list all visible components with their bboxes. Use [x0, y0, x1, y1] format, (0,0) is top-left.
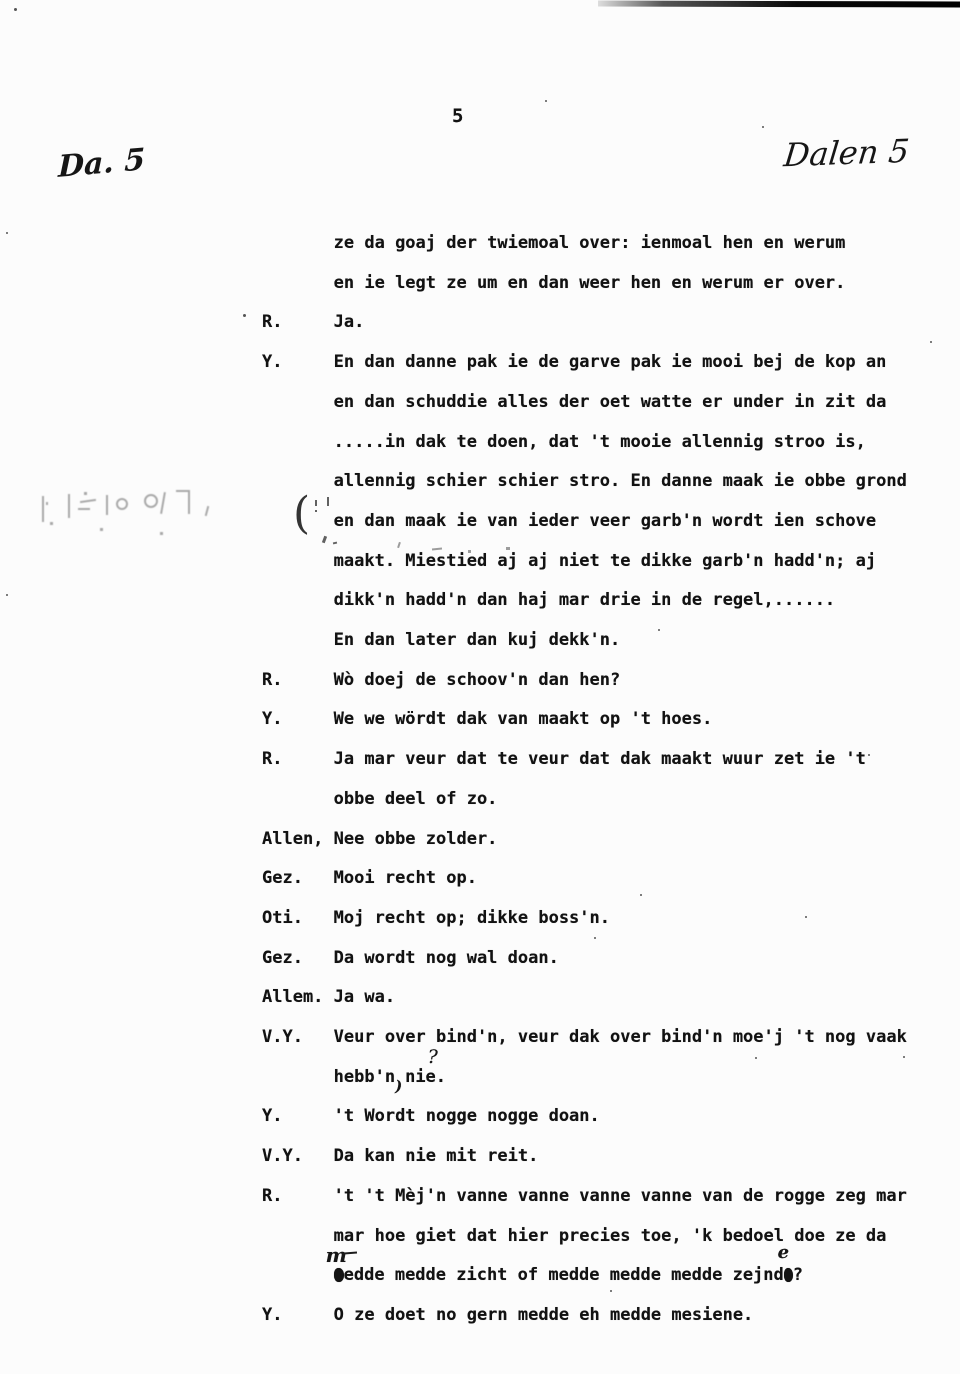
speaker-label	[262, 233, 334, 253]
speaker-label	[262, 1226, 334, 1246]
dialogue-text: Mooi recht op.	[334, 868, 477, 888]
speaker-label	[262, 590, 334, 610]
dialogue-text: Da kan nie mit reit.	[334, 1146, 539, 1166]
transcript-line: obbe deel of zo.	[262, 789, 497, 811]
transcript-line: R. Ja mar veur dat te veur dat dak maakt…	[262, 749, 866, 771]
dialogue-text: allennig schier schier stro. En danne ma…	[334, 471, 907, 491]
transcript-line: hebb'n)nie.?	[262, 1067, 446, 1089]
dialogue-text: Nee obbe zolder.	[334, 829, 498, 849]
dialogue-text: ze da goaj der twiemoal over: ienmoal he…	[334, 233, 846, 253]
speaker-label: R.	[262, 1186, 334, 1206]
transcript-line: En dan later dan kuj dekk'n.	[262, 630, 620, 652]
handwritten-e-correction: e	[778, 1242, 789, 1263]
dialogue-text: en ie legt ze um en dan weer hen en weru…	[334, 273, 846, 293]
speaker-label	[262, 471, 334, 491]
speaker-label: Y.	[262, 352, 334, 372]
speaker-label: R.	[262, 670, 334, 690]
speaker-label: V.Y.	[262, 1027, 334, 1047]
transcript-line: maakt. Miestied aj aj niet te dikke garb…	[262, 551, 876, 573]
transcript-line: V.Y. Veur over bind'n, veur dak over bin…	[262, 1027, 907, 1049]
speaker-label: Allem.	[262, 987, 334, 1007]
transcript-line: allennig schier schier stro. En danne ma…	[262, 471, 907, 493]
transcript-line: Allem. Ja wa.	[262, 987, 395, 1009]
handwritten-note-top-left: Da. 5	[58, 142, 146, 185]
speaker-label: R.	[262, 749, 334, 769]
transcript-line: Oti. Moj recht op; dikke boss'n.	[262, 908, 610, 930]
speaker-label: Gez.	[262, 868, 334, 888]
transcript-line: R. Ja.	[262, 312, 364, 334]
speaker-label: R.	[262, 312, 334, 332]
speaker-label: V.Y.	[262, 1146, 334, 1166]
dialogue-text: hebb'n)nie.?	[334, 1067, 446, 1087]
transcript-line: dikk'n hadd'n dan haj mar drie in de reg…	[262, 590, 835, 612]
dialogue-text: En dan danne pak ie de garve pak ie mooi…	[334, 352, 887, 372]
speaker-label	[262, 273, 334, 293]
speaker-label: Y.	[262, 1106, 334, 1126]
overstrike-blob	[784, 1268, 793, 1282]
speaker-label: Y.	[262, 709, 334, 729]
page-number: 5	[452, 105, 463, 127]
dialogue-text: Da wordt nog wal doan.	[334, 948, 559, 968]
transcript-line: edde medde zicht of medde medde medde ze…	[262, 1265, 803, 1287]
transcript-line: Y. 't Wordt nogge nogge doan.	[262, 1106, 600, 1128]
speaker-label: Allen,	[262, 829, 334, 849]
transcript-line: V.Y. Da kan nie mit reit.	[262, 1146, 538, 1168]
transcript-line: Y. En dan danne pak ie de garve pak ie m…	[262, 352, 886, 374]
dialogue-text: en dan schuddie alles der oet watte er u…	[334, 392, 887, 412]
transcript-line: .....in dak te doen, dat 't mooie allenn…	[262, 432, 866, 454]
speaker-label: Y.	[262, 1305, 334, 1325]
dialogue-text: dikk'n hadd'n dan haj mar drie in de reg…	[334, 590, 836, 610]
document-page: Da. 5 5 Dalen 5 (	[0, 0, 960, 1374]
dialogue-text: mar hoe giet dat hier precies toe, 'k be…	[334, 1226, 887, 1246]
transcript-line: en dan schuddie alles der oet watte er u…	[262, 392, 886, 414]
dialogue-text: Ja.	[334, 312, 365, 332]
dialogue-text: O ze doet no gern medde eh medde mesiene…	[334, 1305, 754, 1325]
transcript-line: Allen, Nee obbe zolder.	[262, 829, 497, 851]
speaker-label: Gez.	[262, 948, 334, 968]
transcript-line: ze da goaj der twiemoal over: ienmoal he…	[262, 233, 845, 255]
handwritten-m-dash	[344, 1252, 357, 1255]
transcript-line: Y. O ze doet no gern medde eh medde mesi…	[262, 1305, 753, 1327]
dialogue-text: 't Wordt nogge nogge doan.	[334, 1106, 600, 1126]
transcript-line: en ie legt ze um en dan weer hen en weru…	[262, 273, 845, 295]
handwritten-question-mark: ?	[428, 1046, 438, 1068]
dialogue-text: obbe deel of zo.	[334, 789, 498, 809]
transcript-line: R. 't 't Mèj'n vanne vanne vanne vanne v…	[262, 1186, 907, 1208]
dialogue-text: Moj recht op; dikke boss'n.	[334, 908, 610, 928]
dialogue-text: Wò doej de schoov'n dan hen?	[334, 670, 621, 690]
handwritten-m-correction: m	[326, 1243, 347, 1267]
dialogue-text: We we wördt dak van maakt op 't hoes.	[334, 709, 713, 729]
speaker-label	[262, 392, 334, 412]
speaker-label	[262, 511, 334, 531]
transcript-line: Gez. Mooi recht op.	[262, 868, 477, 890]
transcript-line: mar hoe giet dat hier precies toe, 'k be…	[262, 1226, 886, 1248]
transcript-line: en dan maak ie van ieder veer garb'n wor…	[262, 511, 876, 533]
dialogue-text: .....in dak te doen, dat 't mooie allenn…	[334, 432, 866, 452]
speaker-label	[262, 551, 334, 571]
dialogue-text: 't 't Mèj'n vanne vanne vanne vanne van …	[334, 1186, 907, 1206]
handwritten-note-top-right: Dalen 5	[782, 132, 911, 175]
transcript-line: Gez. Da wordt nog wal doan.	[262, 948, 559, 970]
dialogue-text: Veur over bind'n, veur dak over bind'n m…	[334, 1027, 907, 1047]
speaker-label: Oti.	[262, 908, 334, 928]
pencil-scribble	[40, 488, 240, 546]
dialogue-text-corrected: edde medde zicht of medde medde medde ze…	[334, 1265, 803, 1285]
speaker-label	[262, 432, 334, 452]
dialogue-text: Ja wa.	[334, 987, 395, 1007]
speaker-label	[262, 630, 334, 650]
overstrike-blob	[334, 1268, 344, 1282]
handwritten-paren-mark: )	[395, 1077, 405, 1095]
speaker-label	[262, 789, 334, 809]
speaker-label	[262, 1067, 334, 1087]
speaker-label	[262, 1265, 334, 1285]
dialogue-text: en dan maak ie van ieder veer garb'n wor…	[334, 511, 876, 531]
transcript-line: Y. We we wördt dak van maakt op 't hoes.	[262, 709, 712, 731]
dialogue-text: Ja mar veur dat te veur dat dak maakt wu…	[334, 749, 866, 769]
transcript-line: R. Wò doej de schoov'n dan hen?	[262, 670, 620, 692]
scan-edge-artifact	[598, 1, 960, 8]
dialogue-text: En dan later dan kuj dekk'n.	[334, 630, 621, 650]
dialogue-text: maakt. Miestied aj aj niet te dikke garb…	[334, 551, 876, 571]
